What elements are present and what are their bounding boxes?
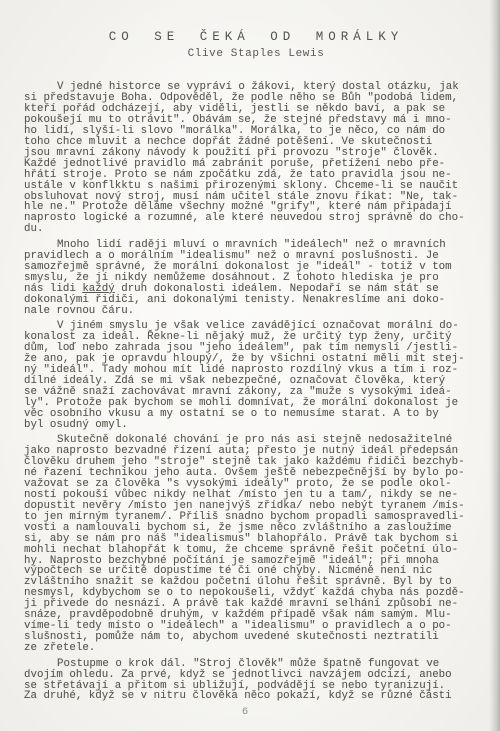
author-name: Clive Staples Lewis: [24, 48, 488, 61]
paragraph-1: V jedné historce se vypráví o žákovi, kt…: [24, 82, 488, 235]
page-number: 6: [0, 706, 490, 718]
paragraph-5: Postupme o krok dál. "Stroj člověk" může…: [24, 659, 488, 703]
document-page: CO SE ČEKÁ OD MORÁLKY Clive Staples Lewi…: [0, 0, 500, 731]
page-title: CO SE ČEKÁ OD MORÁLKY: [24, 30, 488, 45]
paragraph-2: Mnoho lidí raději mluví o mravních "ideá…: [24, 240, 488, 317]
paragraph-4: Skutečně dokonalé chování je pro nás asi…: [24, 435, 488, 654]
document-body: V jedné historce se vypráví o žákovi, kt…: [24, 82, 488, 702]
paragraph-3: V jiném smyslu je však velice zavádějící…: [24, 321, 488, 431]
scan-edge-shadow: [489, 0, 500, 731]
